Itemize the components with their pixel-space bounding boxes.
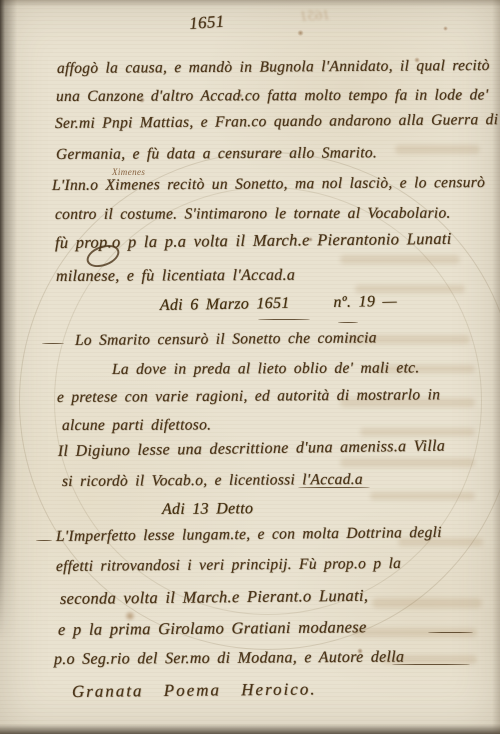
- flourish-dash: [36, 540, 52, 541]
- showthrough-mark: [370, 492, 475, 500]
- manuscript-line: affogò la causa, e mandò in Bugnola l'An…: [57, 57, 490, 78]
- manuscript-line: Ser.mi Pnpi Mattias, e Fran.co quando an…: [55, 111, 499, 133]
- showthrough-mark: [395, 145, 480, 154]
- manuscript-line: milanese, e fù licentiata l'Accad.a: [56, 267, 295, 286]
- date-heading: Adi 6 Marzo 1651 nº. 19 —: [160, 293, 397, 315]
- flourish-dash: [42, 343, 64, 344]
- date-heading: Adi 13 Detto: [162, 500, 254, 519]
- manuscript-line: Granata Poema Heroico.: [72, 679, 317, 702]
- showthrough-mark: [360, 428, 475, 436]
- flourish-dash: [392, 664, 470, 665]
- manuscript-line: si ricordò il Vocab.o, e licentiossi l'A…: [62, 471, 363, 491]
- ink-spot: [297, 30, 304, 36]
- manuscript-line: p.o Seg.rio del Ser.mo di Modana, e Auto…: [54, 649, 404, 669]
- manuscript-line: L'Inn.o Ximenes recitò un Sonetto, ma no…: [52, 174, 485, 195]
- showthrough-mark: [340, 255, 460, 264]
- year-heading: 1651: [189, 12, 226, 34]
- showthrough-mark: [355, 285, 465, 293]
- showthrough-mark: [340, 458, 475, 467]
- underline-mark: [338, 322, 358, 323]
- manuscript-line: una Canzone d'altro Accad.co fatta molto…: [56, 86, 489, 106]
- manuscript-page: 1651 1651 affogò la causa, e mandò in Bu…: [0, 0, 500, 734]
- manuscript-line: alcune parti difettoso.: [62, 416, 211, 435]
- showthrough-mark: [372, 598, 482, 608]
- manuscript-line: contro il costume. S'intimarono le torna…: [55, 205, 451, 224]
- underline-mark: [258, 319, 310, 320]
- manuscript-line: e pretese con varie ragioni, ed autorità…: [57, 386, 440, 407]
- flourish-dash: [428, 632, 473, 633]
- manuscript-line: L'Imperfetto lesse lungam.te, e con molt…: [56, 524, 442, 546]
- manuscript-line: Lo Smarito censurò il Sonetto che cominc…: [75, 329, 377, 350]
- showthrough-year: 1651: [300, 7, 331, 26]
- manuscript-line: La dove in preda al lieto oblio de' mali…: [112, 359, 420, 379]
- manuscript-line: e p la prima Girolamo Gratiani modanese: [58, 617, 367, 640]
- flourish-dash: [298, 487, 370, 488]
- manuscript-line: Germania, e fù data a censurare allo Sma…: [56, 144, 377, 164]
- ink-spot: [443, 26, 448, 31]
- manuscript-line: effetti ritrovandosi i veri principij. F…: [56, 555, 401, 576]
- manuscript-line: seconda volta il March.e Pierant.o Lunat…: [60, 586, 369, 609]
- page-edge-shadow-left: [0, 0, 17, 640]
